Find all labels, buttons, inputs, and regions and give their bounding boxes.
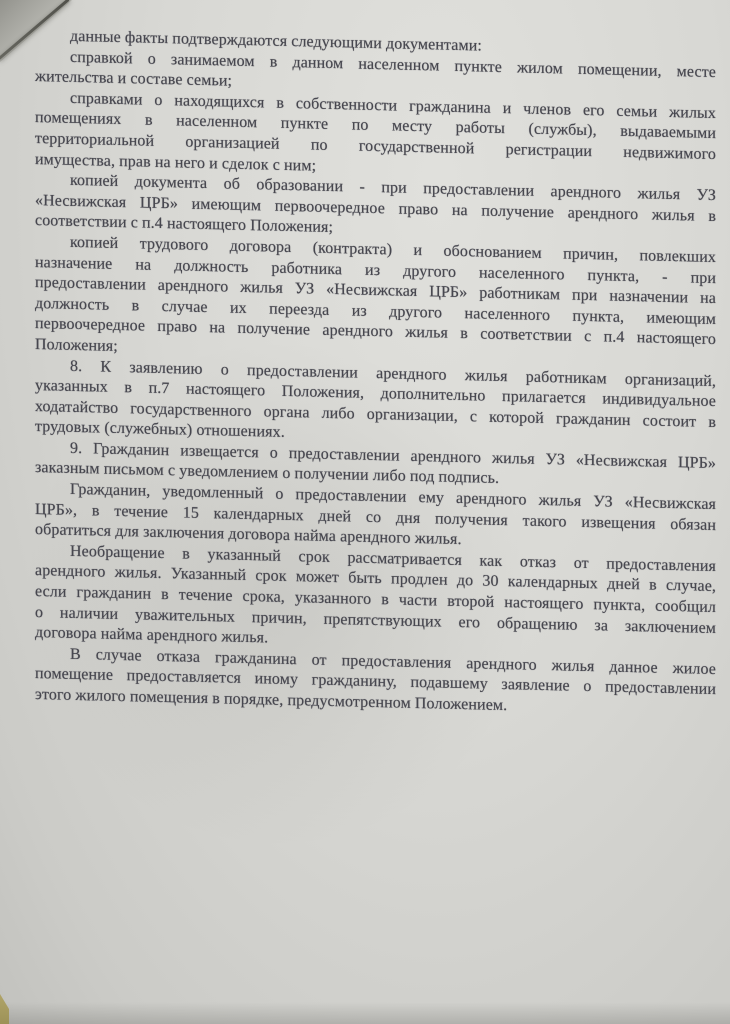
para-non-application: Необращение в указанный срок рассматрива… [35,541,716,660]
para-point-8: 8. К заявлению о предоставлении арендног… [35,356,716,454]
document-photo: данные факты подтверждаются следующими д… [0,0,730,1024]
document-text: данные факты подтверждаются следующими д… [35,26,716,722]
para-certificates-property: справками о находящихся в собственности … [35,88,716,186]
para-labour-contract-copy: копией трудового договора (контракта) и … [35,232,716,372]
